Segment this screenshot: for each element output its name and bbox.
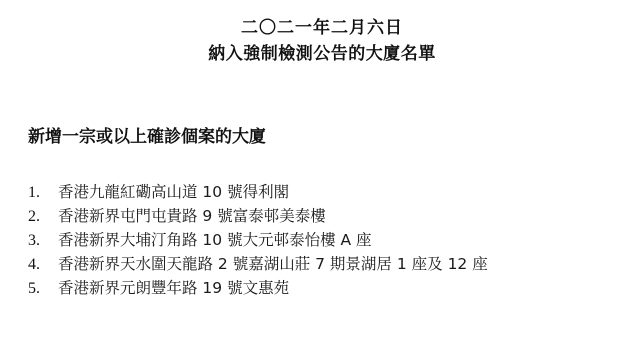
item-address: 香港新界天水圍天龍路 2 號嘉湖山莊 7 期景湖居 1 座及 12 座	[58, 252, 488, 276]
item-number: 3.	[28, 229, 58, 253]
item-address: 香港新界大埔汀角路 10 號大元邨泰怡樓 A 座	[58, 228, 372, 252]
section-heading: 新增一宗或以上確診個案的大廈	[28, 126, 266, 148]
item-number: 1.	[28, 181, 58, 205]
item-address: 香港新界屯門屯貴路 9 號富泰邨美泰樓	[58, 204, 326, 228]
document-page: 二〇二一年二月六日 納入強制檢測公告的大廈名單 新增一宗或以上確診個案的大廈 1…	[0, 0, 644, 363]
item-number: 5.	[28, 277, 58, 301]
item-address: 香港九龍紅磡高山道 10 號得利閣	[58, 180, 289, 204]
list-item: 1. 香港九龍紅磡高山道 10 號得利閣	[28, 180, 488, 204]
document-date: 二〇二一年二月六日	[0, 17, 644, 39]
item-number: 4.	[28, 253, 58, 277]
list-item: 5. 香港新界元朗豐年路 19 號文惠苑	[28, 276, 488, 300]
list-item: 2. 香港新界屯門屯貴路 9 號富泰邨美泰樓	[28, 204, 488, 228]
item-number: 2.	[28, 205, 58, 229]
item-address: 香港新界元朗豐年路 19 號文惠苑	[58, 276, 289, 300]
list-item: 4. 香港新界天水圍天龍路 2 號嘉湖山莊 7 期景湖居 1 座及 12 座	[28, 252, 488, 276]
list-item: 3. 香港新界大埔汀角路 10 號大元邨泰怡樓 A 座	[28, 228, 488, 252]
building-list: 1. 香港九龍紅磡高山道 10 號得利閣 2. 香港新界屯門屯貴路 9 號富泰邨…	[28, 180, 488, 300]
document-title: 納入強制檢測公告的大廈名單	[0, 43, 644, 65]
